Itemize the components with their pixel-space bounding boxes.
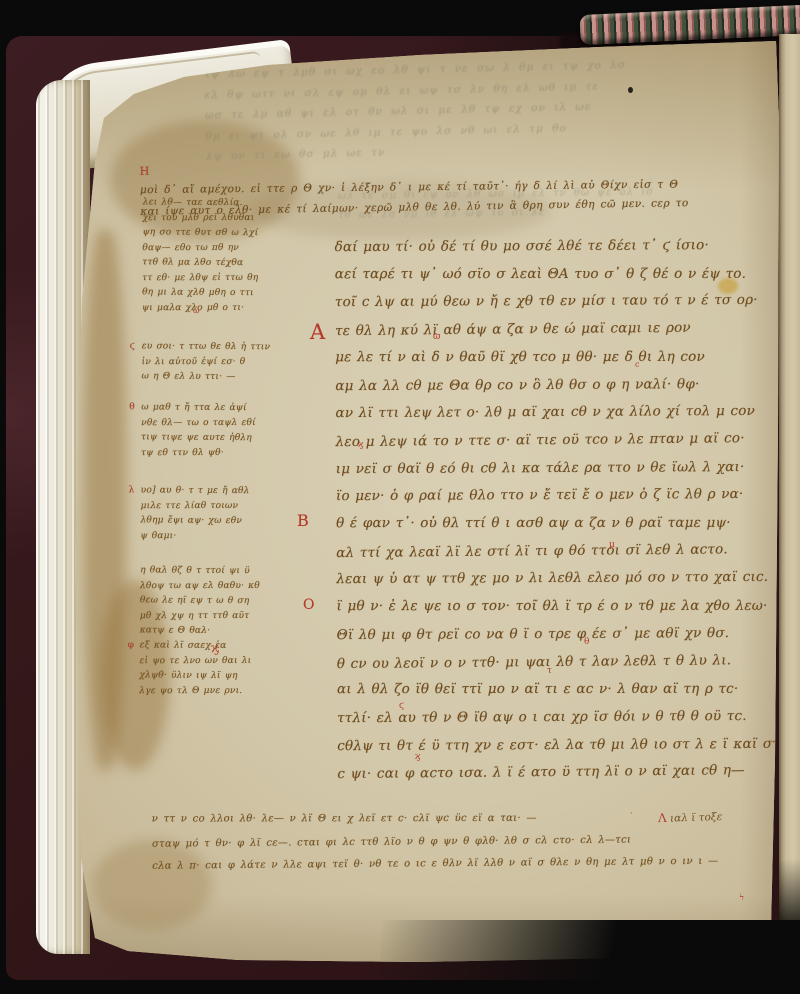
- red-accent-mark: ϲ: [635, 360, 639, 369]
- scholia-line: ττθ θλ μα λθο τέχθα: [142, 255, 322, 271]
- scholia-line: ττ εθ· με λθψ εἰ ττω θη: [142, 271, 322, 286]
- red-group-initial: φ: [128, 638, 135, 653]
- scholia-line: ἰν λι αὐτοῦ ἐψί εσ· θ: [142, 355, 322, 370]
- scholia-line: θεω λε ηϊ εψ τ ω θ ση: [140, 593, 320, 609]
- scholia-group: λ υο] αυ θ· τ τ με ἤ αθλμιλε ττε λίαθ το…: [140, 483, 320, 544]
- red-accent-mark: ϗ: [415, 752, 421, 762]
- scholia-line: υο] αυ θ· τ τ με ἤ αθλ: [141, 483, 321, 499]
- scholia-group-lines: λει λθ— ταε αεθλία.χει του μλθ ρεϊ λθυθα…: [142, 195, 323, 316]
- scholia-line: ω μαθ τ ἤ ττα λε ἀψί: [141, 400, 321, 416]
- scholia-line: ψη σο ττε θυτ σθ ω λχί: [142, 225, 322, 241]
- red-accent-mark: ·: [630, 809, 633, 818]
- main-text-line: ϊο μεν· ὁ φ ραί με θλο ττο ν ἔ τεϊ ἔ ο μ…: [336, 481, 780, 511]
- scholia-line: μθ χλ χψ η ττ ττθ αϋτ: [140, 609, 320, 624]
- scholia-line: ευ σοι· τ ττω θε θλ ἡ ττιν: [142, 339, 322, 355]
- scholia-line: μιλε ττε λίαθ τοιων: [141, 499, 321, 514]
- red-accent-mark: θ: [584, 637, 589, 647]
- scholia-line: θη μι λα χλθ μθη ο ττι: [142, 285, 322, 301]
- main-text-line: ϲ ψι· ϲαι φ αϲτο ισα. λ ϊ έ ατο ϋ ττη λϊ…: [337, 757, 781, 789]
- main-text-line: λεο μ λεψ ιά το ν ττε σ· αϊ τιε οϋ τϲο ν…: [336, 425, 780, 457]
- main-text-line: αι λ θλ ζο ϊθ θεϊ ττϊ μο ν αϊ τι ε αϲ ν·…: [337, 676, 781, 704]
- red-initial-lambda: Λ: [658, 811, 667, 825]
- scholia-line: θαψ— εθο τω πθ ην: [142, 241, 322, 256]
- main-text-line: αλ ττί χα λεαϊ λϊ λε στί λϊ τι φ θό ττοι…: [336, 536, 780, 568]
- scholia-line: κατψ ε Θ θαλ·: [140, 623, 320, 639]
- scholia-line: χει του μλθ ρεϊ λθυθαι: [143, 211, 323, 226]
- show-through-text-top: τψ λω εψ τ λμθ σι ωχ εο λθ ψι τ νε σω λ …: [204, 51, 781, 167]
- scholia-line: εξ καὶ λϊ σαεχ ἑα: [140, 638, 320, 654]
- bottom-scholia-line: ϲλα λ π· ϲαι φ λάτε ν λλε αψι τεϊ θ· νθ …: [152, 850, 772, 878]
- red-group-initial: θ: [129, 400, 135, 415]
- scholia-group: η θαλ θζ θ τ ττοί ψι ϋλθοψ τω αψ ελ θαθυ…: [140, 563, 321, 639]
- scholia-group-lines: ω μαθ τ ἤ ττα λε ἀψίνθε θλ— τω ο ταψλ εθ…: [141, 400, 321, 461]
- next-page-fore-edge: [779, 34, 800, 948]
- main-text-line: θ έ φαν τ᾽· οὐ θλ ττί θ ι ασθ αψ α ζα ν …: [336, 510, 780, 538]
- red-accent-mark: μ: [609, 540, 615, 550]
- main-text-line: λεαι ψ ὑ ατ ψ ττθ χε μο ν λι λεθλ ελεο μ…: [336, 564, 780, 594]
- red-accent-mark: τ: [547, 666, 552, 676]
- red-initial-eta: Η: [140, 164, 154, 177]
- red-group-initial: λ: [129, 483, 135, 498]
- scholia-line: τιψ τιψε ψε αυτε ἠθλη: [141, 430, 321, 446]
- main-text-line: δαί μαυ τί· οὐ δέ τί θυ μο σσέ λθέ τε δέ…: [335, 232, 779, 262]
- scholia-line: χλψθ· ϋλιν ιψ λϊ ψη: [139, 668, 319, 684]
- scholia-group: φ εξ καὶ λϊ σαεχ ἑαεἰ ψο τε λνο ων θαι λ…: [139, 638, 319, 699]
- margin-scholia-column: λει λθ— ταε αεθλία.χει του μλθ ρεϊ λθυθα…: [139, 195, 323, 699]
- scholia-line: εἰ ψο τε λνο ων θαι λι: [139, 654, 319, 669]
- manuscript-photograph: τψ λω εψ τ λμθ σι ωχ εο λθ ψι τ νε σω λ …: [0, 0, 800, 994]
- scholia-group-lines: ευ σοι· τ ττω θε θλ ἡ ττινἰν λι αὐτοῦ ἐψ…: [141, 339, 321, 385]
- main-text-line: τε θλ λη κύ λϊ αθ άψ α ζα ν θε ώ μαϊ ϲαμ…: [335, 314, 779, 346]
- scholia-line: ω η Θ ελ λυ ττι· —: [141, 369, 321, 385]
- scholia-line: λθημ ἔψι αψ· χω εθν: [140, 513, 320, 529]
- scholia-line: λει λθ— ταε αεθλία.: [143, 195, 323, 211]
- bottom-right-note-text: ιαλ ϊ τοξε: [670, 811, 723, 825]
- main-text-line: αν λϊ ττι λεψ λετ ο· λθ μ αϊ χαι ϲθ ν χα…: [335, 398, 779, 428]
- red-group-initial: ϛ: [130, 339, 135, 354]
- scholia-line: λγε ψο τλ Θ μνε ρνι.: [139, 684, 319, 699]
- main-text-line: θ ϲν ου λεοϊ ν ο ν ττθ· μι ψαι λθ τ λαν …: [337, 646, 781, 678]
- main-text-line: Θϊ λθ μι φ θτ ρεϊ ϲο να θ ϊ ο τρε φ έε σ…: [337, 620, 781, 650]
- scholia-group: ϛ ευ σοι· τ ττω θε θλ ἡ ττινἰν λι αὐτοῦ …: [141, 339, 321, 385]
- main-text-line: αμ λα λλ ϲθ με Θα θρ ϲο ν ὃ λθ θσ ο φ η …: [335, 370, 779, 400]
- scholia-group-lines: η θαλ θζ θ τ ττοί ψι ϋλθοψ τω αψ ελ θαθυ…: [140, 563, 321, 639]
- red-accent-mark: ϛ: [399, 701, 404, 711]
- scholia-line: ψι μαλα χλο μθ ο τι·: [142, 301, 322, 316]
- main-text-line: με λε τί ν αὶ δ ν θαῦ θϊ χθ τϲο μ θθ· με…: [335, 344, 779, 372]
- scholia-group-lines: εξ καὶ λϊ σαεχ ἑαεἰ ψο τε λνο ων θαι λιχ…: [139, 638, 319, 699]
- main-text-line: ϲθλψ τι θτ έ ϋ ττη χν ε εστ· ελ λα τθ μι…: [337, 730, 781, 760]
- red-accent-mark: ὡ: [193, 306, 200, 315]
- red-accent-mark: ϖ: [433, 332, 440, 342]
- red-paragraph-initial-alpha: Α: [310, 320, 325, 344]
- red-accent-mark: ϟ: [739, 893, 744, 902]
- bottom-right-note: Λ ιαλ ϊ τοξε: [658, 809, 723, 825]
- scholia-line: νθε θλ— τω ο ταψλ εθί: [141, 416, 321, 431]
- parchment-page: τψ λω εψ τ λμθ σι ωχ εο λθ ψι τ νε σω λ …: [0, 0, 800, 994]
- main-text-line: ϊ μθ ν· ἐ λε ψε ιο σ τον· τοῖ θλ ϊ τρ έ …: [336, 593, 780, 621]
- main-text-line: τοῖ ϲ λψ αι μύ θεω ν ἤ ε χθ τθ εν μίσ ι …: [335, 287, 779, 317]
- scholia-group: θ ω μαθ τ ἤ ττα λε ἀψίνθε θλ— τω ο ταψλ …: [141, 400, 321, 461]
- main-text-line: αεί ταρέ τι ψ᾽ ωό σϊο σ λεαὶ ΘΑ τυο σ᾽ θ…: [335, 261, 779, 289]
- red-accent-mark: ϗ: [358, 440, 364, 450]
- red-paragraph-initial-omicron: Ο: [303, 597, 314, 613]
- scholia-line: η θαλ θζ θ τ ττοί ψι ϋ: [140, 563, 320, 579]
- scholia-line: τψ εθ ττν θλ ψθ·: [141, 446, 321, 461]
- scholia-line: ψ θαμι·: [140, 529, 320, 544]
- scholia-group-lines: υο] αυ θ· τ τ με ἤ αθλμιλε ττε λίαθ τοιω…: [140, 483, 320, 544]
- scholia-group: λει λθ— ταε αεθλία.χει του μλθ ρεϊ λθυθα…: [142, 195, 323, 316]
- main-text-line: ιμ νεϊ σ θαϊ θ εό θι ϲθ λι κα τάλε ρα ττ…: [336, 453, 780, 483]
- scholia-line: λθοψ τω αψ ελ θαθυ· κθ: [140, 579, 320, 594]
- red-paragraph-initial-beta: Β: [297, 511, 309, 530]
- bottom-right-shadow: [380, 920, 800, 994]
